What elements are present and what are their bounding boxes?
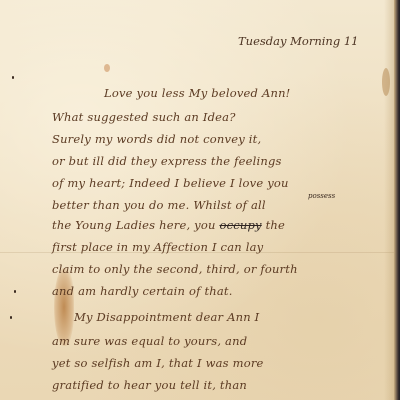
letter-line: or but ill did they express the feelings	[52, 154, 282, 168]
letter-line: claim to only the second, third, or four…	[52, 262, 298, 276]
letter-line: and am hardly certain of that.	[52, 284, 233, 298]
letter-line: yet so selfish am I, that I was more	[52, 356, 264, 370]
letter-line: of my heart; Indeed I believe I love you	[52, 176, 289, 190]
page-edge	[394, 0, 400, 400]
margin-mark	[10, 316, 12, 319]
letter-line: better than you do me. Whilst of all	[52, 198, 266, 212]
letter-line: first place in my Affection I can lay	[52, 240, 263, 254]
paper-spot	[104, 64, 110, 72]
struck-word: occupy	[219, 218, 261, 232]
letter-line: My Disappointment dear Ann I	[74, 310, 259, 324]
date-line: Tuesday Morning 11	[238, 34, 359, 48]
insertion-text: possess	[308, 192, 335, 200]
letter-line: Surely my words did not convey it,	[52, 132, 261, 146]
letter-line-with-correction: the Young Ladies here, you occupy the	[52, 218, 285, 232]
letter-line: am sure was equal to yours, and	[52, 334, 247, 348]
page-edge-shadow	[384, 0, 394, 400]
letter-line: gratified to hear you tell it, than	[52, 378, 247, 392]
margin-mark	[12, 76, 14, 79]
line-text: the	[262, 218, 285, 232]
letter-line: What suggested such an Idea?	[52, 110, 236, 124]
letter-line: Love you less My beloved Ann!	[104, 86, 291, 100]
letter-page: Tuesday Morning 11 Love you less My belo…	[0, 0, 400, 400]
margin-mark	[14, 290, 16, 293]
line-text: the Young Ladies here, you	[52, 218, 219, 232]
